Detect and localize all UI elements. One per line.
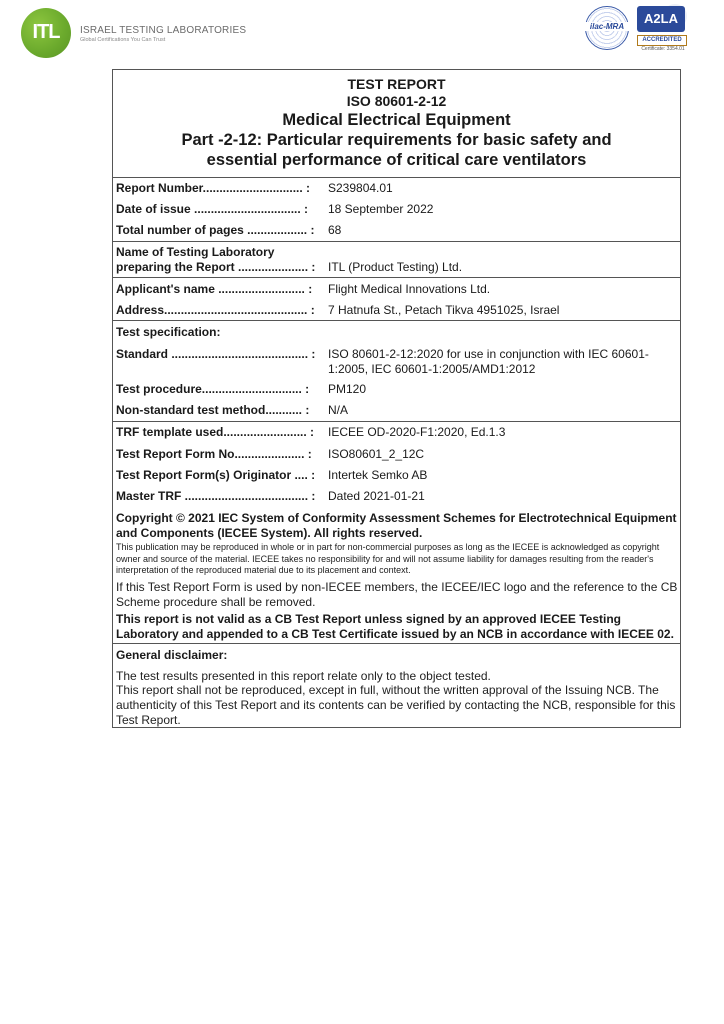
field-value: ISO80601_2_12C	[328, 447, 678, 462]
field-label: Report Number...........................…	[116, 181, 321, 196]
field-label: Date of issue ..........................…	[116, 202, 321, 217]
copyright-notice: This publication may be reproduced in wh…	[116, 542, 680, 577]
field-label: Address.................................…	[116, 303, 321, 318]
field-label: Test procedure..........................…	[116, 382, 321, 397]
field-label: TRF template used.......................…	[116, 425, 321, 440]
report-standard: ISO 80601-2-12	[112, 93, 681, 110]
field-value: 18 September 2022	[328, 202, 678, 217]
divider	[112, 241, 681, 242]
a2la-logo: A2LA	[637, 6, 687, 34]
validity-notice: This report is not valid as a CB Test Re…	[116, 612, 680, 642]
divider	[112, 421, 681, 422]
company-slogan: Global Certifications You Can Trust	[80, 37, 246, 43]
ilac-mra-logo: ilac-MRA	[585, 6, 629, 50]
field-value: 68	[328, 223, 678, 238]
field-value: IECEE OD-2020-F1:2020, Ed.1.3	[328, 425, 678, 440]
field-label-line2: preparing the Report ...................…	[116, 260, 321, 275]
field-label-line1: Name of Testing Laboratory	[116, 245, 321, 260]
report-title-block: TEST REPORT ISO 80601-2-12 Medical Elect…	[112, 76, 681, 170]
field-value: PM120	[328, 382, 678, 397]
non-member-notice: If this Test Report Form is used by non-…	[116, 580, 680, 610]
field-value: ITL (Product Testing) Ltd.	[328, 260, 678, 275]
ilac-mra-label: ilac-MRA	[585, 22, 629, 31]
company-name: ISRAEL TESTING LABORATORIES	[80, 25, 246, 36]
itl-logo-letters: ITL	[21, 21, 71, 44]
field-label: Standard ...............................…	[116, 347, 321, 362]
report-title: TEST REPORT	[112, 76, 681, 93]
divider	[112, 643, 681, 644]
disclaimer-line1: The test results presented in this repor…	[116, 669, 680, 684]
field-value: S239804.01	[328, 181, 678, 196]
field-label: Master TRF .............................…	[116, 489, 321, 504]
general-disclaimer-heading: General disclaimer:	[116, 648, 227, 662]
divider	[112, 177, 681, 178]
disclaimer-line2: This report shall not be reproduced, exc…	[116, 683, 680, 728]
report-subject: Medical Electrical Equipment	[112, 110, 681, 130]
report-part-line2: essential performance of critical care v…	[112, 150, 681, 170]
field-value: Flight Medical Innovations Ltd.	[328, 282, 678, 297]
field-label: Test Report Form(s) Originator .... :	[116, 468, 321, 483]
field-label: Test Report Form No.....................…	[116, 447, 321, 462]
field-value: 7 Hatnufa St., Petach Tikva 4951025, Isr…	[328, 303, 678, 318]
a2la-mark: A2LA	[637, 6, 685, 32]
field-label: Applicant's name .......................…	[116, 282, 321, 297]
field-label: Total number of pages ..................…	[116, 223, 321, 238]
certificate-number: Certificate: 3354.01	[637, 46, 689, 52]
field-value: ISO 80601-2-12:2020 for use in conjuncti…	[328, 347, 678, 377]
company-branding: ISRAEL TESTING LABORATORIES Global Certi…	[80, 25, 246, 43]
copyright-heading: Copyright © 2021 IEC System of Conformit…	[116, 511, 680, 540]
divider	[112, 277, 681, 278]
field-value: N/A	[328, 403, 678, 418]
field-value: Dated 2021-01-21	[328, 489, 678, 504]
itl-logo: ITL	[21, 8, 71, 58]
field-label: Non-standard test method........... :	[116, 403, 321, 418]
test-specification-heading: Test specification:	[116, 325, 220, 339]
field-value: Intertek Semko AB	[328, 468, 678, 483]
accredited-badge: ACCREDITED	[637, 35, 687, 46]
report-part-line1: Part -2-12: Particular requirements for …	[112, 130, 681, 150]
divider	[112, 320, 681, 321]
